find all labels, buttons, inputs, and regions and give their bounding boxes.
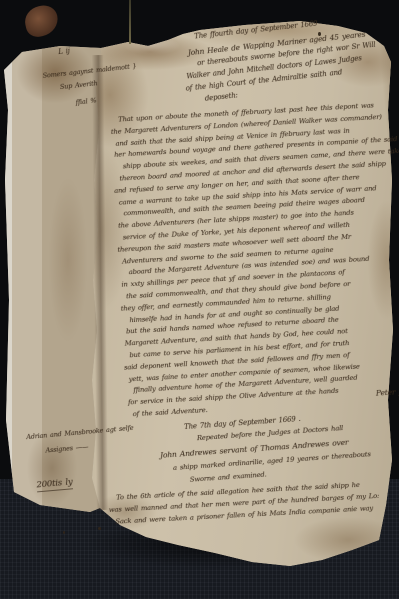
manuscript-line: Peter ffeal: [376, 386, 399, 397]
manuscript-line: Somers agaynst maldemott }: [42, 62, 136, 80]
manuscript-line: 200tis ly: [36, 477, 73, 492]
manuscript-line: Assignes ——: [45, 443, 88, 455]
manuscript-line: L ij: [58, 47, 70, 56]
manuscript-line: Sworne and examined.: [190, 470, 267, 483]
manuscript-line: of the said Adventure.: [132, 406, 207, 418]
manuscript-line: ffial %: [75, 96, 96, 106]
manuscript-line: Adrian and Mansbrooke agt selfe: [26, 424, 134, 441]
manuscript-photo: L ijSomers agaynst maldemott }Sup Averit…: [0, 0, 399, 599]
manuscript-line: Sup Averith: [60, 79, 98, 91]
handwriting-layer: L ijSomers agaynst maldemott }Sup Averit…: [0, 0, 399, 599]
manuscript-line: deposeth:: [204, 91, 238, 102]
